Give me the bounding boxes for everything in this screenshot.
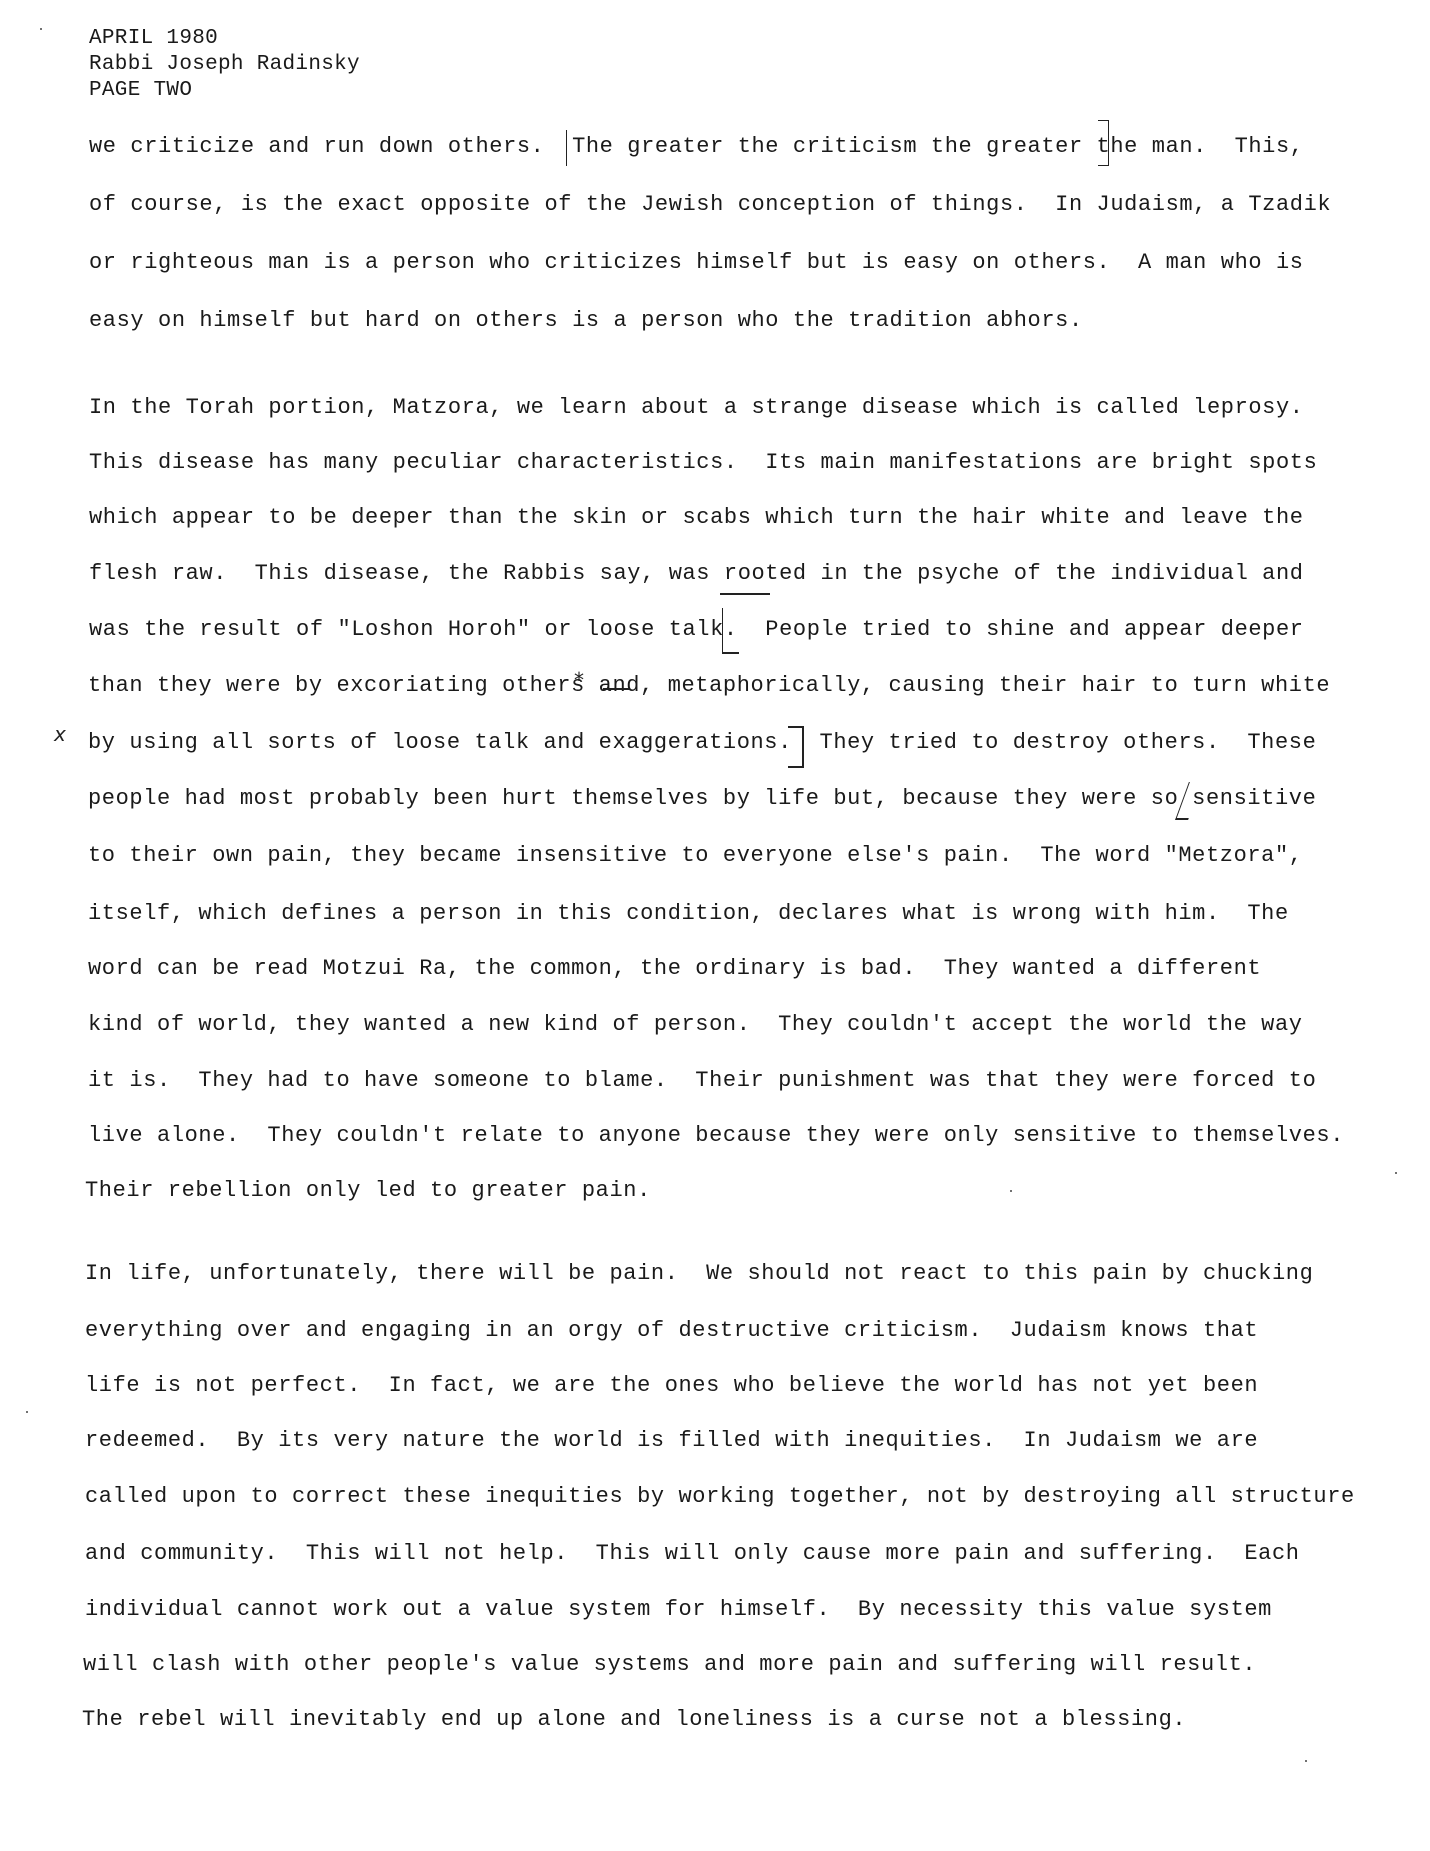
text-line: kind of world, they wanted a new kind of…: [88, 1012, 1303, 1038]
asterisk-insert-icon: *: [574, 668, 584, 692]
text-line: than they were by excoriating others and…: [88, 673, 1330, 699]
handwritten-underline: [720, 593, 770, 595]
text-line: life is not perfect. In fact, we are the…: [85, 1373, 1258, 1399]
handwritten-bracket-open: [566, 130, 573, 166]
text-line: The rebel will inevitably end up alone a…: [82, 1707, 1186, 1733]
text-line: we criticize and run down others. The gr…: [89, 134, 1304, 160]
text-line: This disease has many peculiar character…: [89, 450, 1317, 476]
scan-speck: [1395, 1172, 1397, 1174]
text-line: flesh raw. This disease, the Rabbis say,…: [89, 561, 1304, 587]
text-line: itself, which defines a person in this c…: [88, 901, 1289, 927]
scan-speck: [40, 28, 42, 30]
text-line: In the Torah portion, Matzora, we learn …: [89, 395, 1304, 421]
text-line: to their own pain, they became insensiti…: [88, 843, 1303, 869]
text-line: was the result of "Loshon Horoh" or loos…: [89, 617, 1304, 643]
margin-x-mark-icon: x: [54, 722, 66, 746]
text-line: live alone. They couldn't relate to anyo…: [88, 1123, 1344, 1149]
text-line: everything over and engaging in an orgy …: [85, 1318, 1258, 1344]
scan-speck: [1305, 1760, 1307, 1762]
handwritten-bracket-open: [722, 608, 739, 654]
text-line: or righteous man is a person who critici…: [89, 250, 1304, 276]
strikethrough-mark: [603, 688, 629, 690]
document-header: APRIL 1980 Rabbi Joseph Radinsky PAGE TW…: [89, 26, 360, 104]
text-line: of course, is the exact opposite of the …: [89, 192, 1331, 218]
text-line: people had most probably been hurt thems…: [88, 786, 1316, 812]
text-line: easy on himself but hard on others is a …: [89, 308, 1083, 334]
text-line: redeemed. By its very nature the world i…: [85, 1428, 1258, 1454]
text-line: and community. This will not help. This …: [85, 1541, 1300, 1567]
text-line: In life, unfortunately, there will be pa…: [85, 1261, 1313, 1287]
text-line: will clash with other people's value sys…: [83, 1652, 1256, 1678]
document-page: APRIL 1980 Rabbi Joseph Radinsky PAGE TW…: [0, 0, 1430, 1851]
text-line: word can be read Motzui Ra, the common, …: [88, 956, 1261, 982]
handwritten-bracket-close: [788, 726, 804, 768]
text-line: it is. They had to have someone to blame…: [88, 1068, 1316, 1094]
handwritten-bracket-close: [1098, 120, 1109, 166]
text-line: individual cannot work out a value syste…: [85, 1597, 1272, 1623]
text-line: Their rebellion only led to greater pain…: [85, 1178, 651, 1204]
scan-speck: [26, 1411, 28, 1413]
scan-speck: [1010, 1190, 1012, 1192]
text-line: called upon to correct these inequities …: [85, 1484, 1355, 1510]
header-page: PAGE TWO: [89, 78, 360, 104]
text-line: which appear to be deeper than the skin …: [89, 505, 1304, 531]
header-date: APRIL 1980: [89, 26, 360, 52]
text-line: by using all sorts of loose talk and exa…: [88, 730, 1316, 756]
header-author: Rabbi Joseph Radinsky: [89, 52, 360, 78]
